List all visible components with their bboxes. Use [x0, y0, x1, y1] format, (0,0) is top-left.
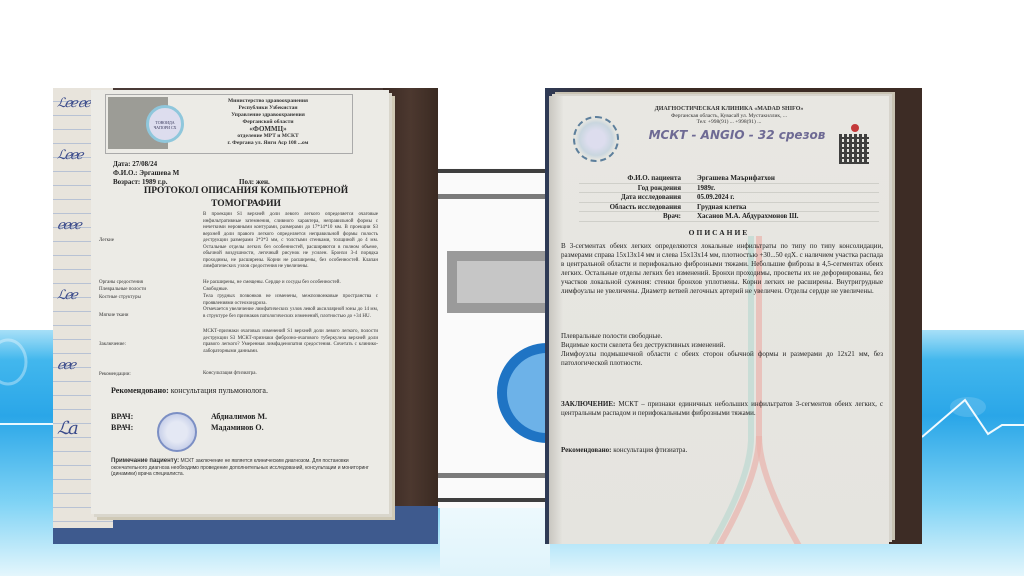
info-row: Год рождения1989г.	[579, 184, 879, 194]
section-label: Заключение:	[99, 342, 184, 347]
doctor-role: ВРАЧ:	[111, 412, 133, 421]
description-paragraph: Плевральные полости свободные.	[561, 332, 883, 341]
hospital-header: ТОВОИДА ЧАПОРИ СХ Министерство здравоохр…	[105, 94, 353, 154]
ct-protocol-sheet: ТОВОИДА ЧАПОРИ СХ Министерство здравоохр…	[91, 90, 389, 514]
qr-code-icon	[839, 134, 869, 164]
left-document-photo: ℒℯℯ ℯℯ ℒℯℯℯ ℯℯℯℯ ℒℯℯ ℯℯℯ ℒa ТОВОИДА ЧАПО…	[53, 88, 438, 544]
info-row: Область исследованияГрудная клетка	[579, 203, 879, 213]
section-text: В проекции S1 верхней доли левого легког…	[203, 212, 378, 271]
section-label: Плевральные полости	[99, 287, 184, 292]
info-row: Врач:Хасанов М.А. Абдурахмонов Ш.	[579, 212, 879, 222]
patient-name: Ф.И.О.: Эргашева М	[113, 169, 179, 178]
center-decor-gray-box	[447, 251, 547, 313]
recommendation: Рекомендовано: консультация пульмонолога…	[111, 386, 268, 395]
section-text: Отмечается увеличение лимфатических узло…	[203, 307, 378, 320]
exam-type-banner: МСКТ - ANGIO - 32 срезов	[627, 128, 847, 142]
section-label: Легкие	[99, 238, 184, 243]
patient-info-table: Ф.И.О. пациентаЭргашева Маърифатхон Год …	[579, 174, 879, 222]
heart-logo-icon	[851, 124, 859, 132]
section-text: МСКТ-признаки очаговых изменений S1 верх…	[203, 329, 378, 355]
doctor-role: ВРАЧ:	[111, 423, 133, 432]
clinic-logo-icon	[573, 116, 619, 162]
clinic-header: ДИАГНОСТИЧЕСКАЯ КЛИНИКА «MADAD SHIFO» Фе…	[619, 106, 839, 126]
doctor-name: Абдиалимов М.	[211, 412, 267, 421]
section-text: Не расширены, не смещены. Сердце и сосуд…	[203, 280, 378, 287]
patient-note: Примечание пациенту: МСКТ заключение не …	[111, 458, 371, 478]
center-decor-bar-top	[438, 169, 548, 173]
description-paragraph: В 3-сегментах обеих легких определяются …	[561, 242, 883, 296]
info-row: Дата исследования05.09.2024 г.	[579, 193, 879, 203]
section-label: Мягкие ткани	[99, 313, 184, 318]
center-decor-panel	[438, 168, 548, 508]
doctor-name: Мадаминов О.	[211, 423, 264, 432]
right-document-photo: ДИАГНОСТИЧЕСКАЯ КЛИНИКА «MADAD SHIFO» Фе…	[545, 88, 922, 544]
section-text: Тела грудных позвонков не изменены, межп…	[203, 294, 378, 307]
section-label: Костные структуры	[99, 295, 184, 300]
paper-fold	[549, 96, 563, 544]
description-paragraph: Видимые кости скелета без деструктивных …	[561, 341, 883, 350]
center-decor-bar-bottom	[438, 498, 548, 502]
hospital-logo-icon: ТОВОИДА ЧАПОРИ СХ	[146, 105, 184, 143]
section-label: Органы средостения	[99, 280, 184, 285]
patient-meta: Дата: 27/08/24 Ф.И.О.: Эргашева М Возрас…	[113, 160, 179, 187]
description-title: ОПИСАНИЕ	[549, 228, 889, 237]
section-text: Свободные.	[203, 287, 378, 294]
protocol-title: ПРОТОКОЛ ОПИСАНИЯ КОМПЬЮТЕРНОЙ ТОМОГРАФИ…	[111, 185, 381, 211]
wood-surface	[383, 88, 438, 508]
description-paragraph: Лимфоузлы подмышечной области с обеих ст…	[561, 350, 883, 368]
section-text: Консультация фтизиатра.	[203, 371, 378, 378]
msct-angio-report-sheet: ДИАГНОСТИЧЕСКАЯ КЛИНИКА «MADAD SHIFO» Фе…	[549, 96, 889, 544]
center-decor-bar-2	[438, 194, 548, 199]
exam-date: Дата: 27/08/24	[113, 160, 179, 169]
recommendation: Рекомендовано: консультация фтизиатра.	[561, 446, 687, 454]
center-decor-bar-3	[438, 473, 548, 478]
ministry-header-text: Министерство здравоохранения Республики …	[188, 98, 348, 147]
medical-stamp-icon	[157, 412, 197, 452]
info-row: Ф.И.О. пациентаЭргашева Маърифатхон	[579, 174, 879, 184]
conclusion: ЗАКЛЮЧЕНИЕ: МСКТ – признаки единичных не…	[561, 400, 883, 418]
section-label: Рекомендации:	[99, 372, 184, 377]
